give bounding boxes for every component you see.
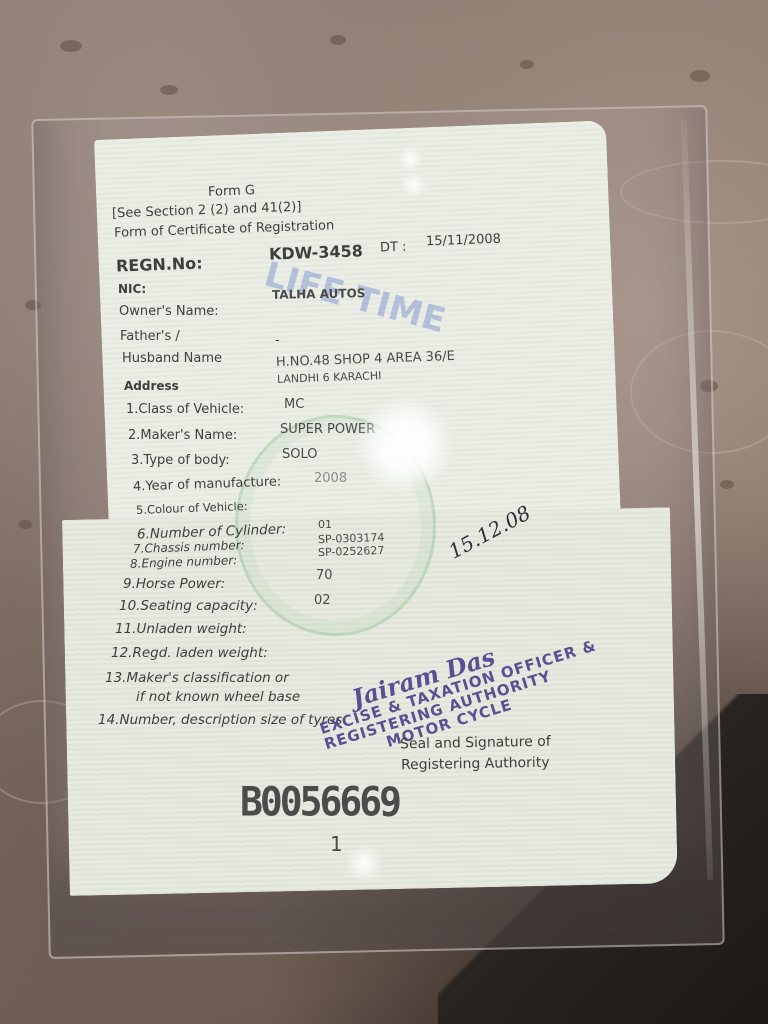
date-label: DT :: [380, 240, 407, 256]
field-label: 1.Class of Vehicle:: [126, 402, 244, 417]
glare-spot: [344, 843, 384, 883]
light-glare: [355, 395, 455, 495]
field-label: 3.Type of body:: [131, 453, 230, 468]
owner-name: TALHA AUTOS: [272, 286, 366, 302]
regn-number: KDW-3458: [269, 241, 363, 263]
address-label: Address: [124, 379, 179, 393]
field-value: SP-0252627: [318, 544, 385, 559]
regn-label: REGN.No:: [116, 253, 203, 275]
nic-label: NIC:: [118, 282, 146, 296]
father-name: -: [275, 333, 280, 348]
glare-spot: [397, 146, 423, 172]
field-label: 11.Unladen weight:: [115, 621, 247, 637]
father-label-1: Father's /: [120, 329, 180, 344]
seal-caption-2: Registering Authority: [401, 755, 550, 774]
field-label: 14.Number, description size of tyres: [98, 712, 342, 728]
registration-date: 15/11/2008: [426, 232, 501, 250]
serial-number: B0056669: [240, 779, 399, 825]
field-value: MC: [284, 397, 304, 412]
seal-caption-1: Seal and Signature of: [400, 734, 551, 753]
field-value: 2008: [314, 471, 347, 486]
field-label: if not known wheel base: [136, 689, 300, 705]
father-label-2: Husband Name: [122, 351, 222, 366]
form-name: Form G: [208, 183, 255, 200]
field-label: 9.Horse Power:: [123, 576, 225, 592]
field-value: 02: [314, 593, 331, 608]
field-value: 01: [318, 518, 332, 531]
field-value: SOLO: [282, 447, 318, 462]
field-label: 12.Regd. laden weight:: [111, 645, 268, 661]
glare-spot: [401, 172, 427, 198]
field-value: 70: [316, 568, 333, 583]
field-label: 13.Maker's classification or: [105, 670, 289, 686]
page-number: 1: [330, 832, 343, 856]
field-label: 2.Maker's Name:: [128, 428, 237, 443]
owner-label: Owner's Name:: [119, 304, 219, 319]
field-label: 10.Seating capacity:: [119, 598, 258, 614]
